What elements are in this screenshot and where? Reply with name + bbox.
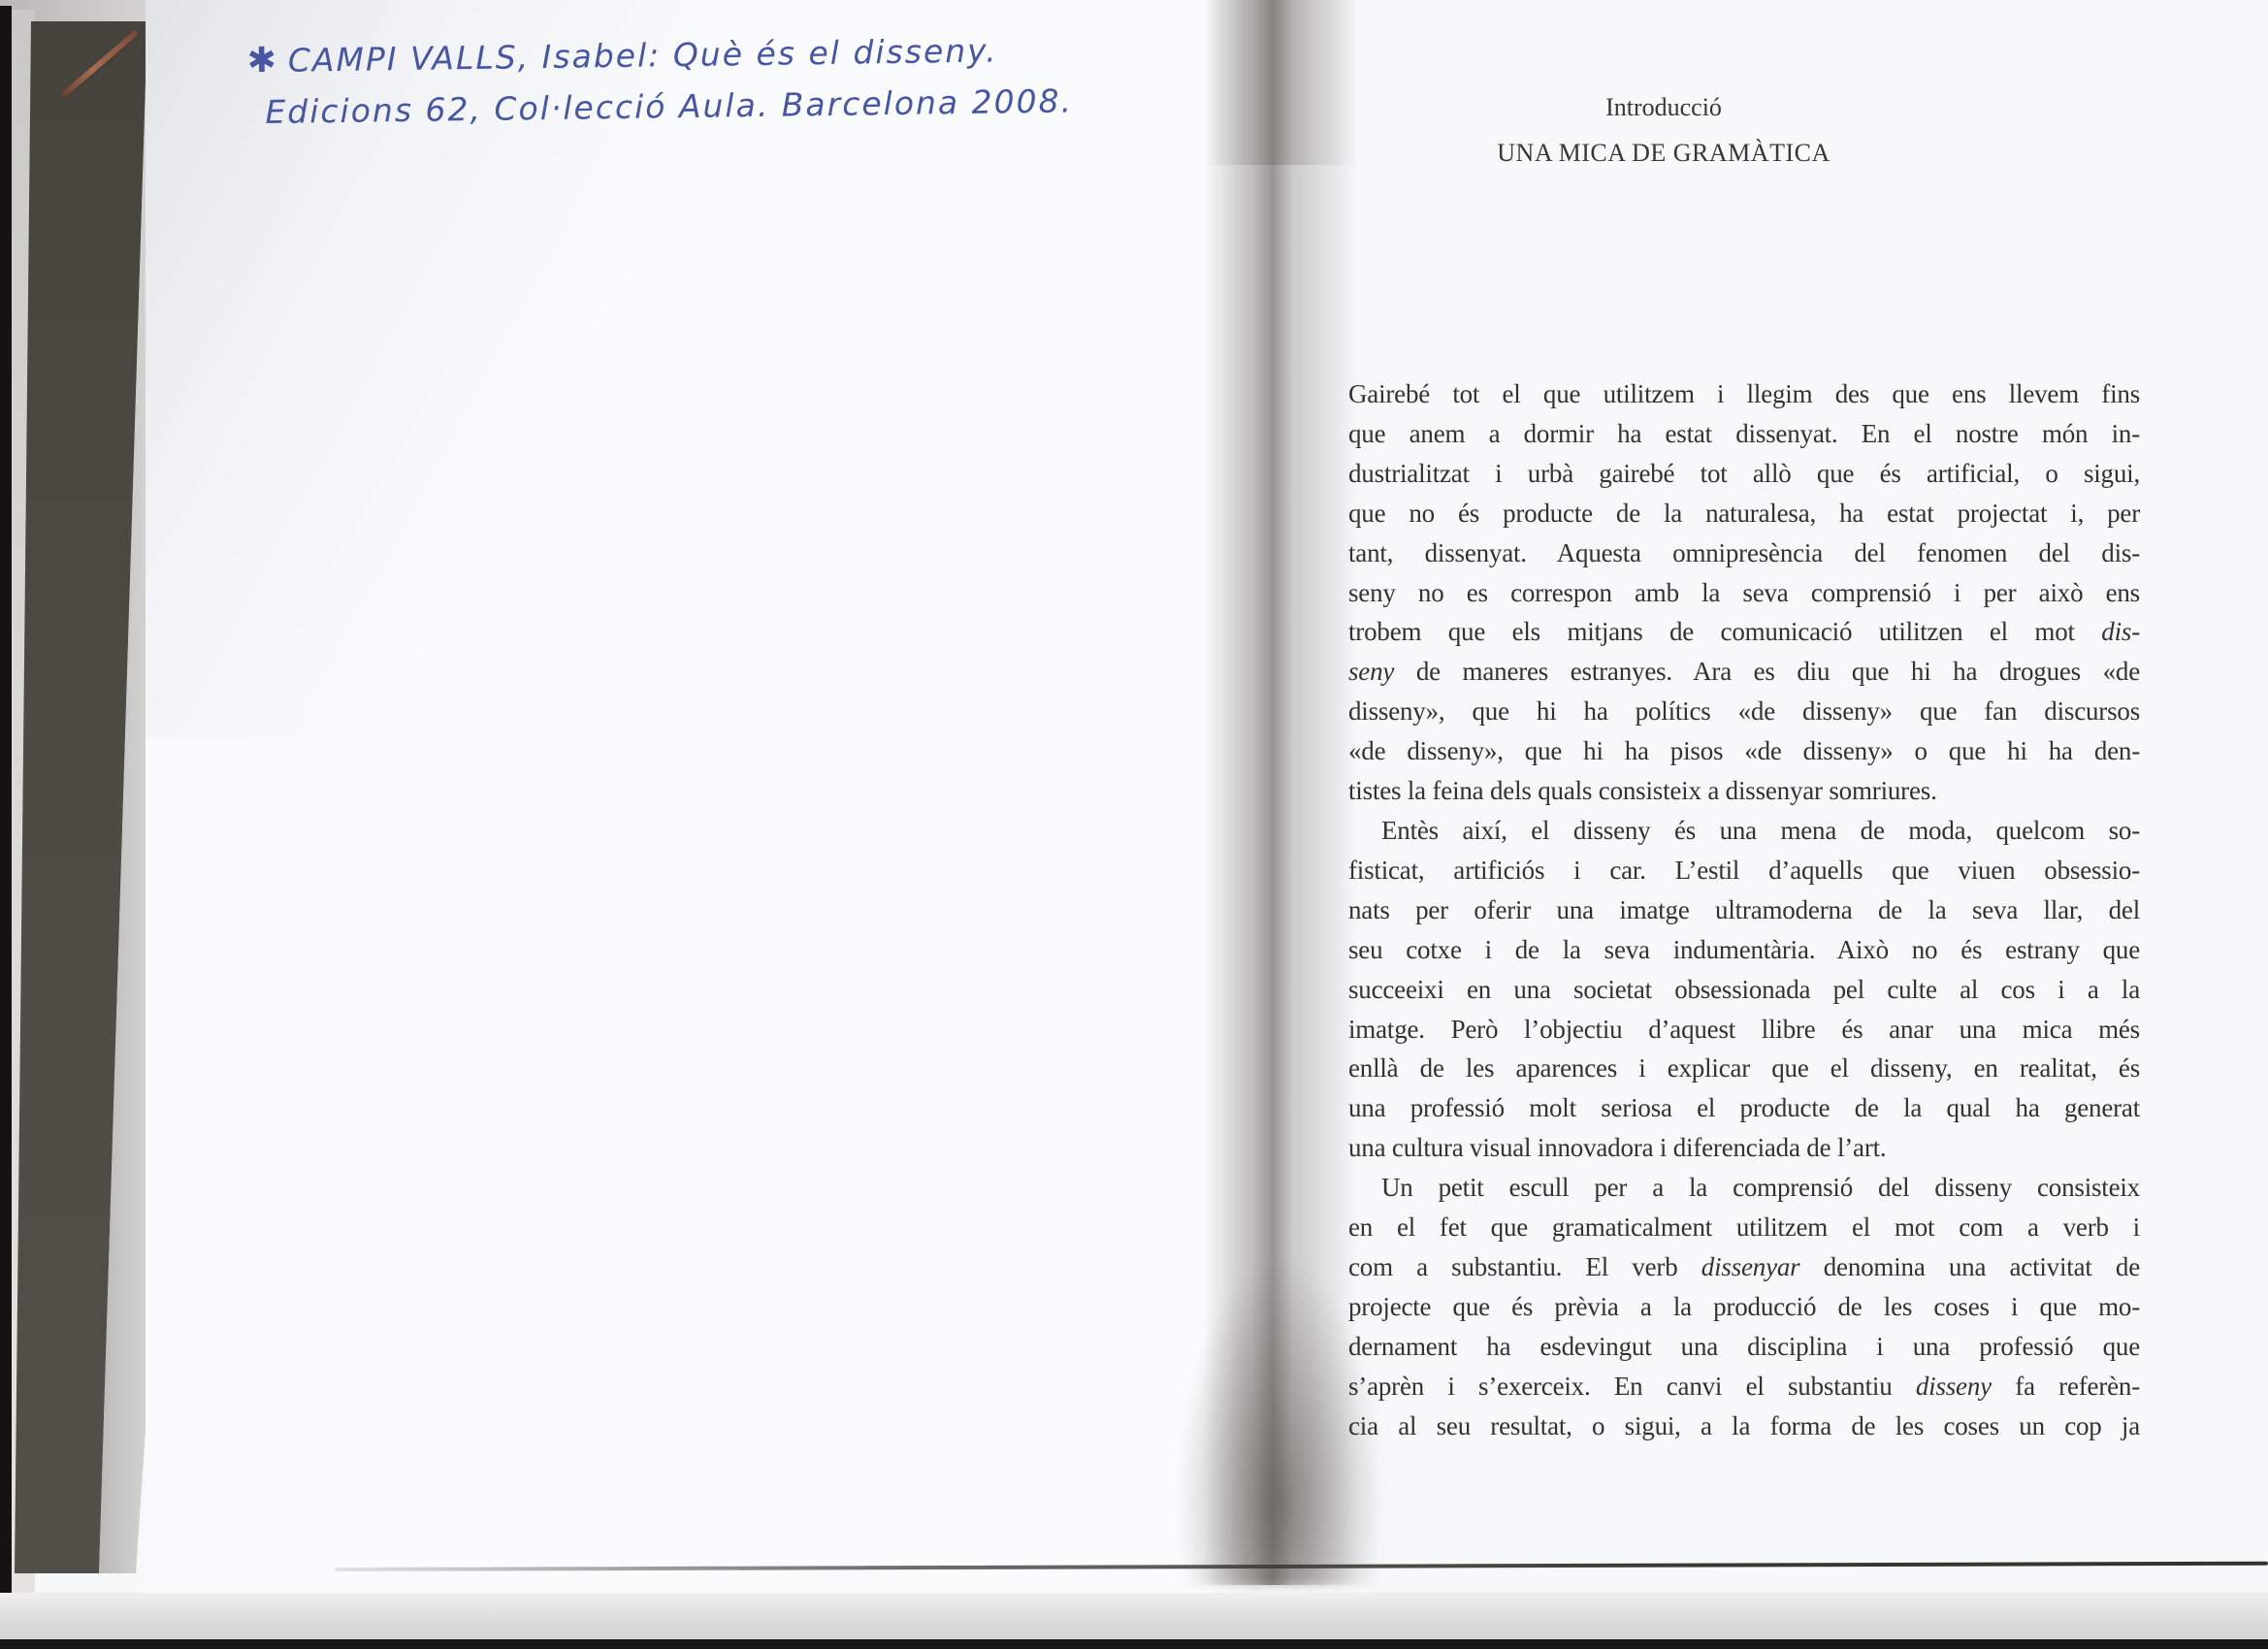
text-line: dernament ha esdevingut una disciplina i…: [1348, 1327, 2140, 1367]
page-title: UNA MICA DE GRAMÀTICA: [1290, 139, 2037, 168]
text-line: disseny», que hi ha polítics «de disseny…: [1348, 692, 2140, 731]
note-line-1-text: CAMPI VALLS, Isabel: Què és el disseny.: [288, 31, 998, 79]
asterisk-marker-icon: ✱: [246, 41, 278, 81]
text-line: Entès així, el disseny és una mena de mo…: [1348, 811, 2140, 851]
text-segment: Entès així, el disseny és una mena de mo…: [1381, 816, 2140, 845]
scan-bottom-black-edge: [0, 1639, 2268, 1649]
text-segment: Gairebé tot el que utilitzem i llegim de…: [1348, 379, 2140, 408]
body-text: Gairebé tot el que utilitzem i llegim de…: [1348, 374, 2140, 1445]
text-line: una professió molt seriosa el producte d…: [1348, 1088, 2140, 1128]
text-segment: seu cotxe i de la seva indumentària. Aix…: [1348, 935, 2140, 964]
italic-word: dissenyar: [1701, 1252, 1800, 1281]
text-line: seny no es correspon amb la seva compren…: [1348, 573, 2140, 613]
text-segment: tant, dissenyat. Aquesta omnipresència d…: [1348, 538, 2140, 567]
text-segment: tistes la feina dels quals consisteix a …: [1348, 776, 1937, 805]
text-line: fisticat, artificiós i car. L’estil d’aq…: [1348, 851, 2140, 890]
text-segment: denomina una activitat de: [1799, 1252, 2140, 1281]
text-line: tistes la feina dels quals consisteix a …: [1348, 771, 2140, 811]
text-segment: de maneres estranyes. Ara es diu que hi …: [1394, 657, 2140, 686]
italic-word: seny: [1348, 657, 1394, 686]
text-line: que anem a dormir ha estat dissenyat. En…: [1348, 414, 2140, 454]
text-segment: s’aprèn i s’exerceix. En canvi el substa…: [1348, 1372, 1916, 1401]
text-line: Gairebé tot el que utilitzem i llegim de…: [1348, 374, 2140, 414]
text-segment: enllà de les aparences i explicar que el…: [1348, 1053, 2140, 1083]
text-segment: com a substantiu. El verb: [1348, 1252, 1701, 1281]
text-line: «de disseny», que hi ha pisos «de dissen…: [1348, 731, 2140, 771]
text-segment: dustrialitzat i urbà gairebé tot allò qu…: [1348, 459, 2140, 488]
right-page-headings: Introducció UNA MICA DE GRAMÀTICA: [1290, 93, 2037, 168]
text-segment: succeeixi en una societat obsessionada p…: [1348, 975, 2140, 1004]
text-segment: projecte que és prèvia a la producció de…: [1348, 1292, 2140, 1321]
text-segment: fisticat, artificiós i car. L’estil d’aq…: [1348, 856, 2140, 885]
italic-word: disseny: [1916, 1372, 1992, 1401]
text-line: en el fet que gramaticalment utilitzem e…: [1348, 1208, 2140, 1247]
text-line: succeeixi en una societat obsessionada p…: [1348, 970, 2140, 1010]
text-line: s’aprèn i s’exerceix. En canvi el substa…: [1348, 1367, 2140, 1406]
text-segment: una professió molt seriosa el producte d…: [1348, 1093, 2140, 1122]
scanned-book-spread: ✱CAMPI VALLS, Isabel: Què és el disseny.…: [0, 0, 2268, 1649]
text-segment: que no és producte de la naturalesa, ha …: [1348, 499, 2140, 528]
text-line: nats per oferir una imatge ultramoderna …: [1348, 890, 2140, 930]
text-segment: cia al seu resultat, o sigui, a la forma…: [1348, 1411, 2140, 1440]
text-line: enllà de les aparences i explicar que el…: [1348, 1049, 2140, 1088]
text-line: com a substantiu. El verb dissenyar deno…: [1348, 1247, 2140, 1287]
text-segment: disseny», que hi ha polítics «de disseny…: [1348, 696, 2140, 726]
chapter-label: Introducció: [1290, 93, 2037, 122]
text-line: seny de maneres estranyes. Ara es diu qu…: [1348, 652, 2140, 692]
text-line: una cultura visual innovadora i diferenc…: [1348, 1128, 2140, 1168]
text-segment: trobem que els mitjans de comunicació ut…: [1348, 617, 2101, 646]
text-segment: Un petit escull per a la comprensió del …: [1381, 1173, 2140, 1202]
text-line: tant, dissenyat. Aquesta omnipresència d…: [1348, 533, 2140, 573]
text-segment: en el fet que gramaticalment utilitzem e…: [1348, 1212, 2140, 1242]
text-line: projecte que és prèvia a la producció de…: [1348, 1287, 2140, 1327]
text-segment: seny no es correspon amb la seva compren…: [1348, 578, 2140, 607]
text-line: que no és producte de la naturalesa, ha …: [1348, 494, 2140, 533]
text-segment: imatge. Però l’objectiu d’aquest llibre …: [1348, 1015, 2140, 1044]
text-segment: dernament ha esdevingut una disciplina i…: [1348, 1332, 2140, 1361]
italic-word: dis-: [2101, 617, 2140, 646]
scanner-bed-strip: [0, 1593, 2268, 1639]
text-line: seu cotxe i de la seva indumentària. Aix…: [1348, 930, 2140, 970]
scan-left-black-edge: [0, 6, 12, 1649]
text-line: imatge. Però l’objectiu d’aquest llibre …: [1348, 1010, 2140, 1050]
text-segment: «de disseny», que hi ha pisos «de dissen…: [1348, 736, 2140, 765]
text-line: cia al seu resultat, o sigui, a la forma…: [1348, 1406, 2140, 1446]
handwritten-note: ✱CAMPI VALLS, Isabel: Què és el disseny.…: [246, 29, 1120, 132]
text-segment: que anem a dormir ha estat dissenyat. En…: [1348, 419, 2140, 448]
text-line: dustrialitzat i urbà gairebé tot allò qu…: [1348, 454, 2140, 494]
text-segment: una cultura visual innovadora i diferenc…: [1348, 1133, 1886, 1162]
text-line: Un petit escull per a la comprensió del …: [1348, 1168, 2140, 1208]
text-segment: fa referèn-: [1992, 1372, 2140, 1401]
text-line: trobem que els mitjans de comunicació ut…: [1348, 612, 2140, 652]
text-segment: nats per oferir una imatge ultramoderna …: [1348, 895, 2140, 924]
